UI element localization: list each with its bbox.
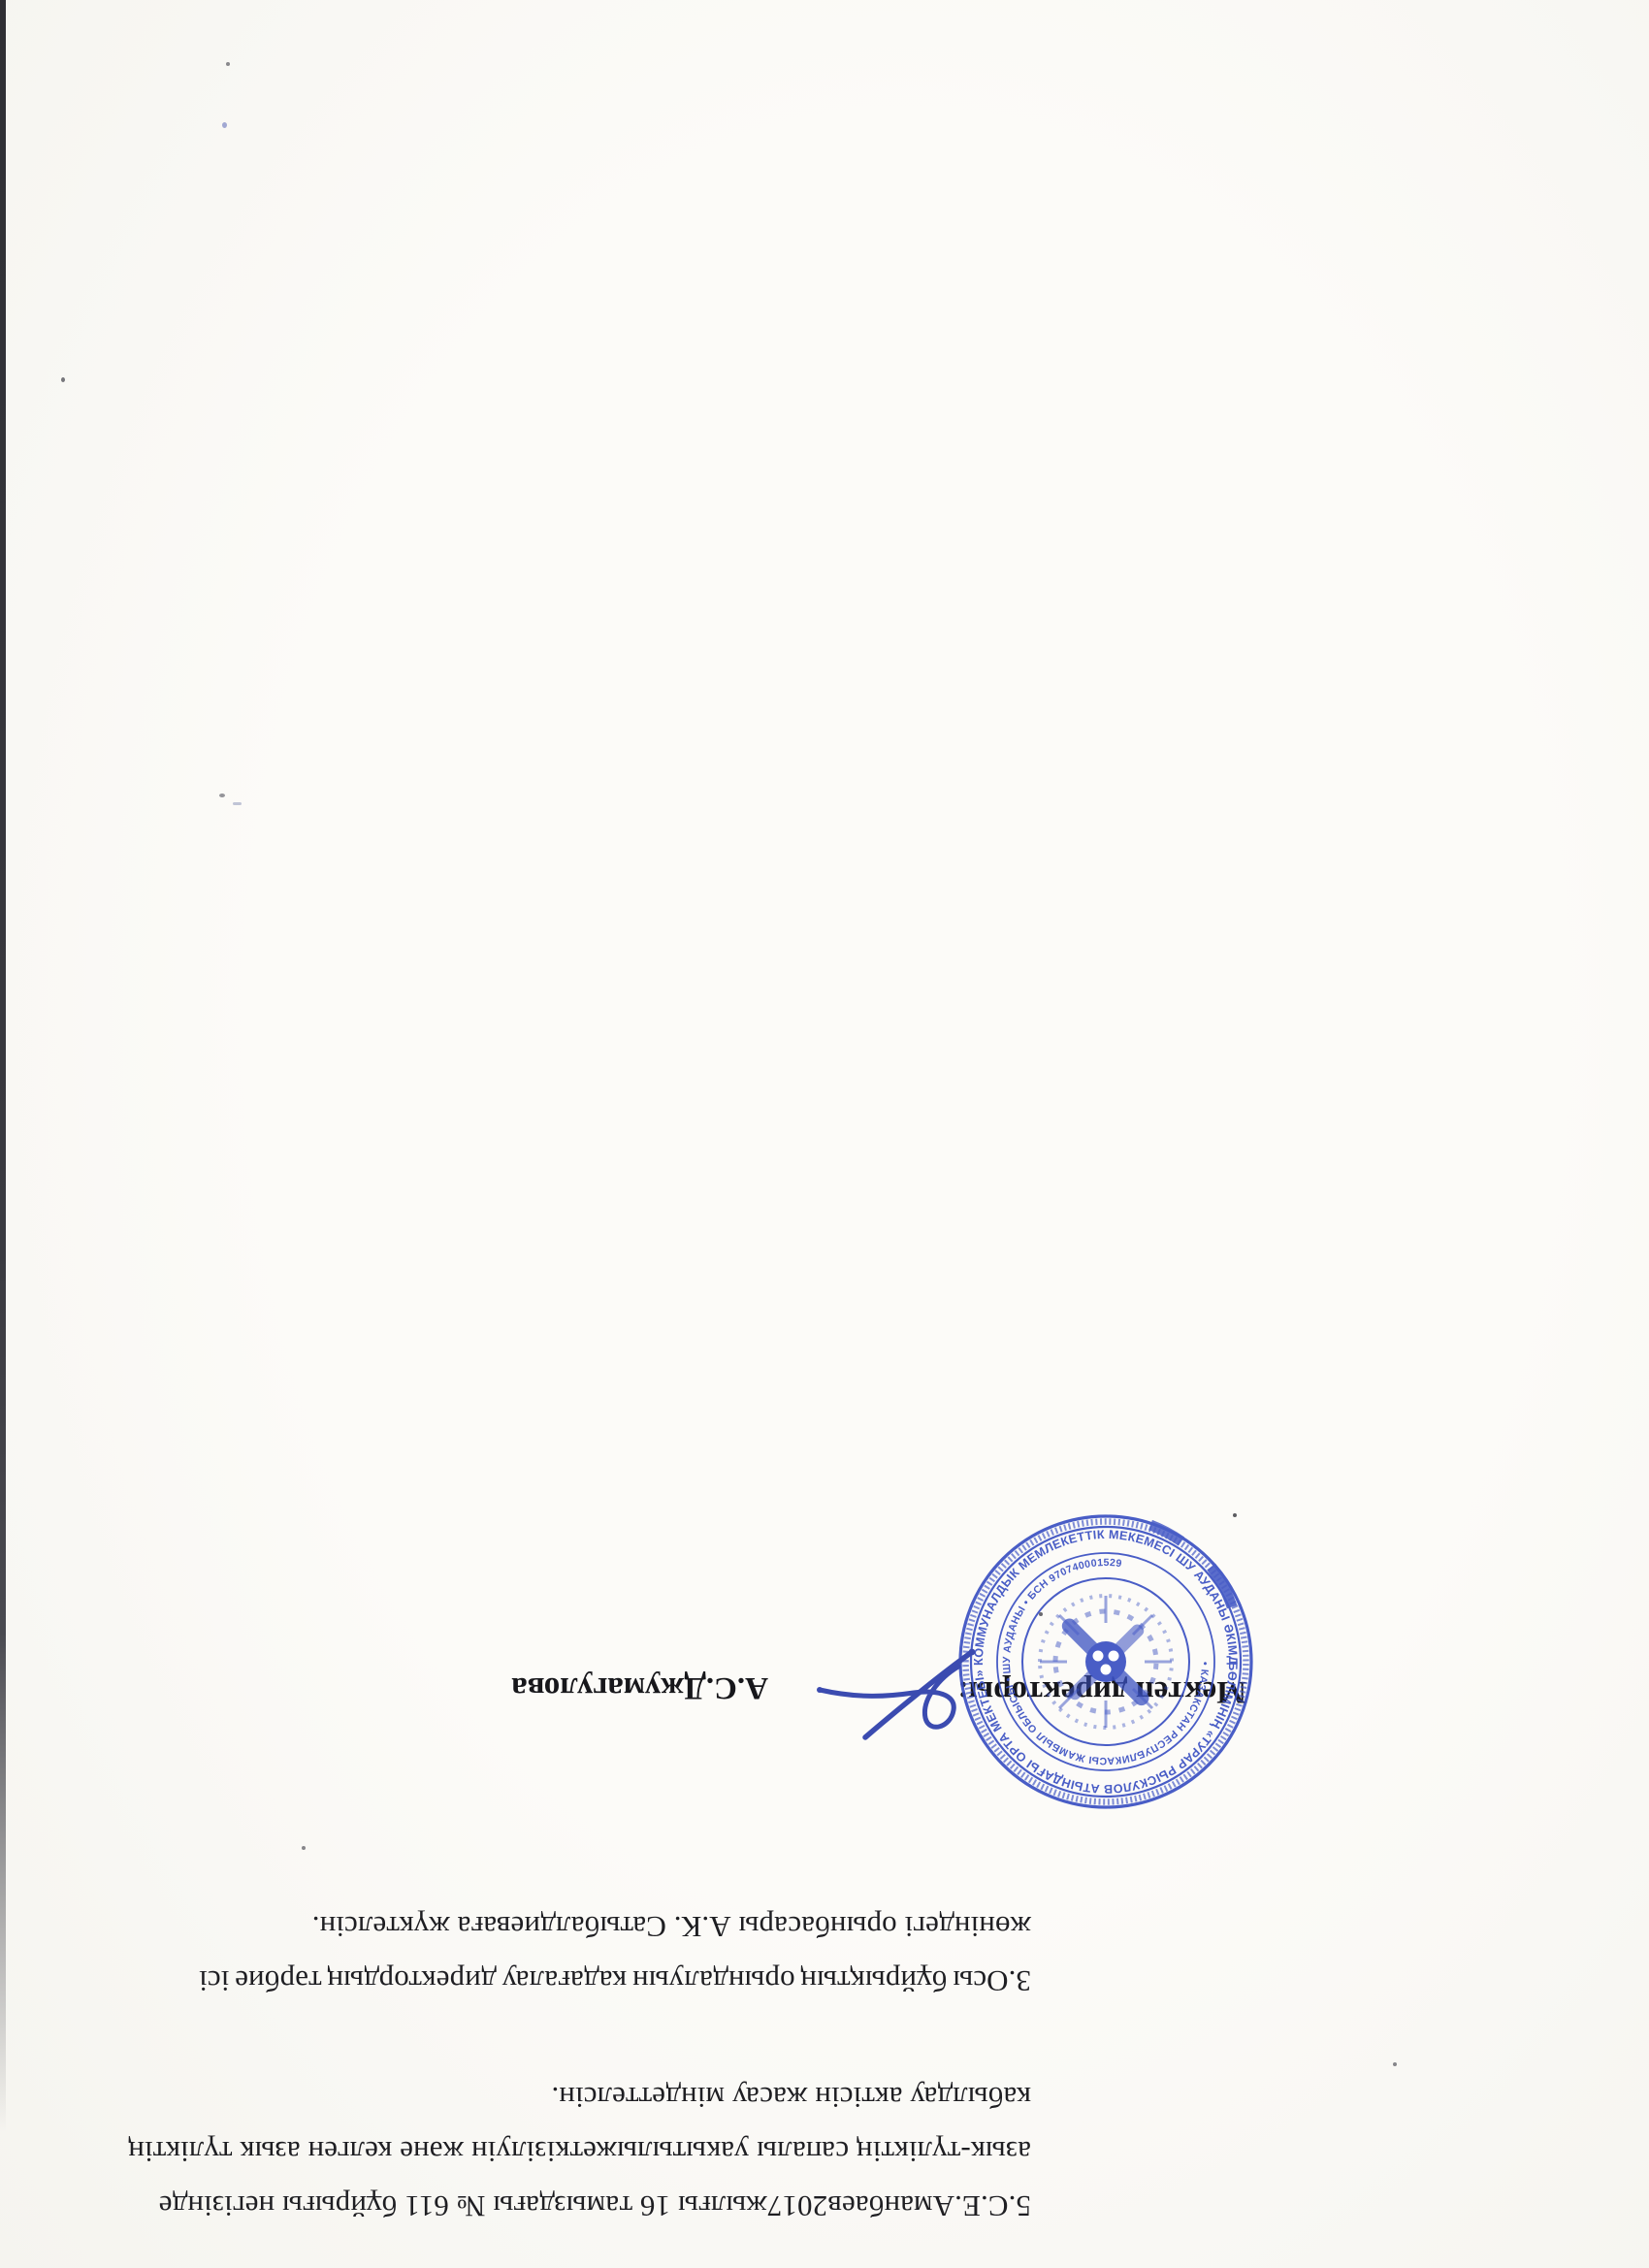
text-segment: директордың [327, 1954, 496, 2008]
text-line: 5.С.Е.Аманбаев 2017 жылғы 16 тамыздағы №… [199, 2179, 1031, 2233]
text-segment: 5.С.Е.Аманбаев [827, 2179, 1031, 2233]
handwritten-signature [815, 1630, 1018, 1795]
text-segment: тәрбие [235, 1954, 322, 2008]
order-item-3: 3.Осы бұйрықтың орындалуын кадағалау дир… [199, 1899, 1031, 2008]
stamp-center-emblem [1040, 1596, 1172, 1728]
text-segment: 2017 [767, 2179, 827, 2233]
text-segment: азык-түліктің сапалы уакытылы [617, 2124, 1031, 2179]
text-line: азык-түліктің сапалы уакытылы жеткізілуі… [199, 2124, 1031, 2179]
text-segment: орындалуын [632, 1954, 795, 2008]
text-line: 3.Осы бұйрықтың орындалуын кадағалау дир… [199, 1954, 1031, 2008]
scanned-document-page: 5.С.Е.Аманбаев 2017 жылғы 16 тамыздағы №… [0, 0, 1649, 2268]
text-segment: кадағалау [501, 1954, 627, 2008]
text-segment: жеткізілуін және келген азык түліктің [128, 2124, 617, 2179]
text-segment: жылғы 16 тамыздағы № 611 бұйрығы негізін… [159, 2179, 767, 2233]
text-line: кабылдау актісін жасау міндеттелсін. [199, 2070, 1031, 2124]
order-text-block: 5.С.Е.Аманбаев 2017 жылғы 16 тамыздағы №… [199, 1899, 1031, 2233]
text-line: жөніндегі орынбасары А.К. Сатыбалдиеваға… [199, 1899, 1031, 1954]
director-name: А.С.Джумагулова [511, 1669, 768, 1705]
rotated-page-content: 5.С.Е.Аманбаев 2017 жылғы 16 тамыздағы №… [0, 0, 1649, 2268]
text-segment: 3.Осы [953, 1954, 1031, 2008]
text-segment: бұйрықтың [800, 1954, 947, 2008]
text-segment: ісі [199, 1954, 229, 2008]
order-item-5: 5.С.Е.Аманбаев 2017 жылғы 16 тамыздағы №… [199, 2070, 1031, 2233]
